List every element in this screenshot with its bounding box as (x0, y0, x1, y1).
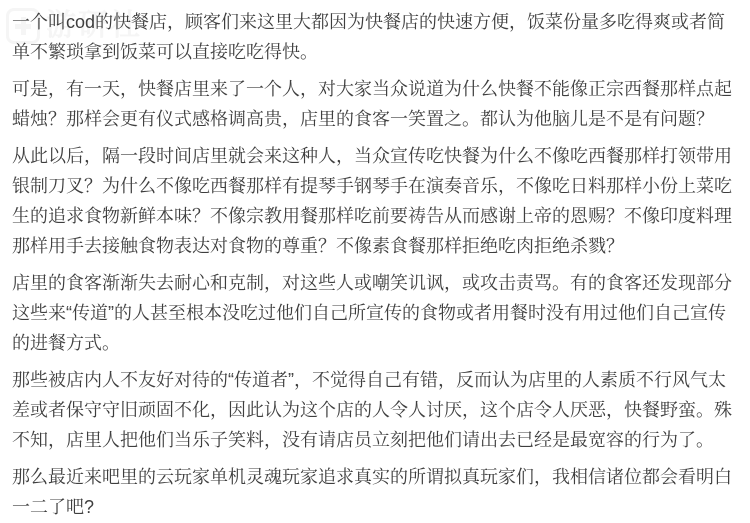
paragraph-preachers: 从此以后，隔一段时间店里就会来这种人，当众宣传吃快餐为什么不像吃西餐那样打领带用… (12, 141, 738, 261)
article-text: 一个叫cod的快餐店，顾客们来这里大都因为快餐店的快速方便，饭菜份量多吃得爽或者… (0, 0, 750, 522)
paragraph-candle-man: 可是，有一天，快餐店里来了一个人，对大家当众说道为什么快餐不能像正宗西餐那样点起… (12, 74, 738, 134)
paragraph-conclusion: 那么最近来吧里的云玩家单机灵魂玩家追求真实的所谓拟真玩家们，我相信诸位都会看明白… (12, 462, 738, 522)
paragraph-preachers-response: 那些被店内人不友好对待的“传道者”，不觉得自己有错，反而认为店里的人素质不行风气… (12, 365, 738, 455)
paragraph-diners-react: 店里的食客渐渐失去耐心和克制，对这些人或嘲笑讥讽，或攻击责骂。有的食客还发现部分… (12, 268, 738, 358)
paragraph-intro: 一个叫cod的快餐店，顾客们来这里大都因为快餐店的快速方便，饭菜份量多吃得爽或者… (12, 7, 738, 67)
